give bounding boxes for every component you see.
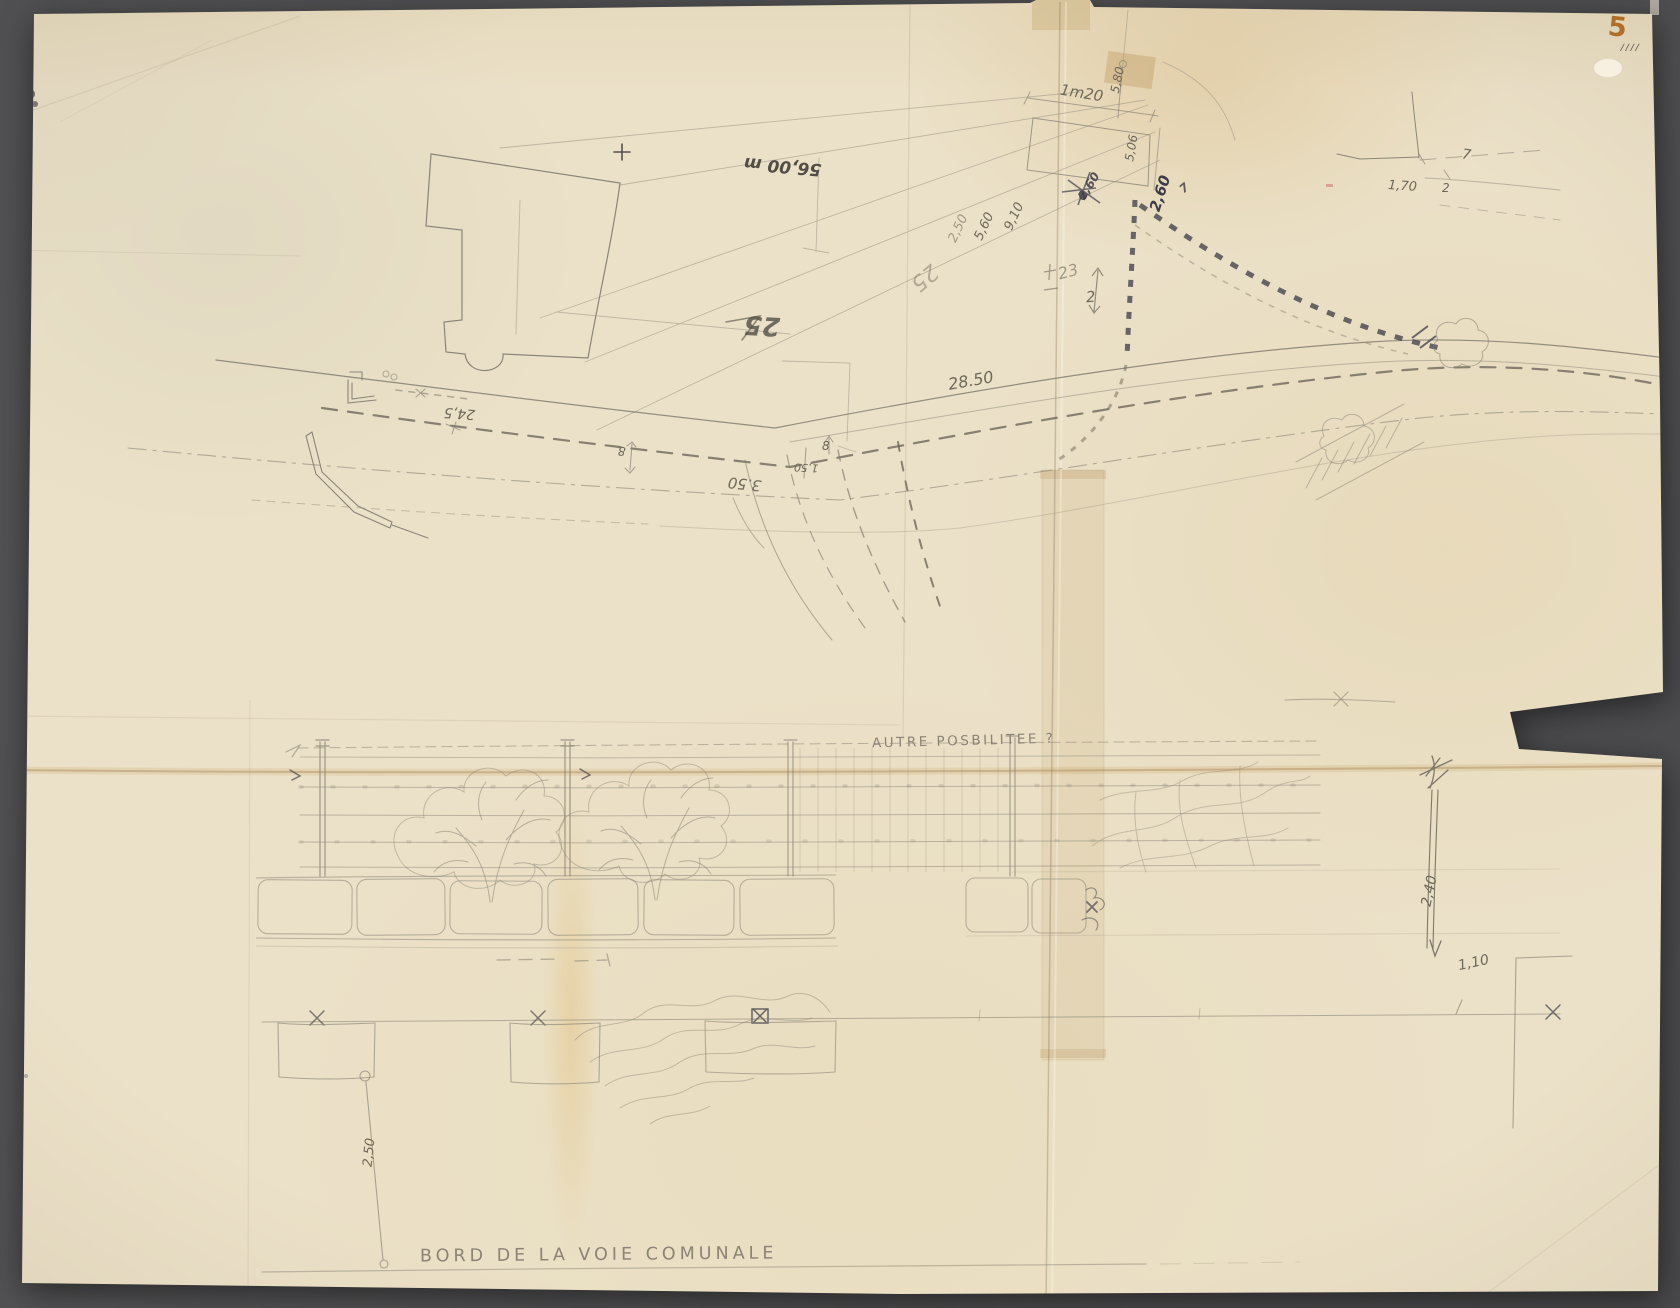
dim-label-250-bl: 2,50 <box>361 1137 377 1167</box>
paper-shadow-wrap: 56,00 m 25 25 28.50 3.50 24,5 8 1,50 8 1… <box>0 0 1680 1308</box>
caption-road-edge: BORD DE LA VOIE COMUNALE <box>420 1245 778 1266</box>
dim-label-170: 1,70 <box>1388 179 1418 194</box>
dim-label-245: 24,5 <box>444 405 476 421</box>
elevation-fence <box>286 736 1320 876</box>
plan-left-details <box>306 316 833 538</box>
elevation-mesh-panel <box>800 748 998 872</box>
fence-post-detail <box>1082 692 1572 1128</box>
elevation-stone-wall <box>256 869 1560 948</box>
planting-plan-strip <box>262 954 1560 1272</box>
plan-roads <box>128 340 1666 532</box>
paper-sheet: 56,00 m 25 25 28.50 3.50 24,5 8 1,50 8 1… <box>0 0 1680 1308</box>
dim-label-7-tr: 7 <box>1461 147 1472 162</box>
page-number: 5 <box>1607 13 1629 42</box>
plan-topright-detail <box>1337 92 1560 220</box>
plan-building <box>426 144 630 371</box>
dim-label-25-plot: 25 <box>743 311 780 339</box>
dim-label-2-arrow: 2 <box>1085 290 1096 306</box>
dim-label-8-left: 8 <box>617 445 626 458</box>
plan-hedge-dashes <box>1044 172 1440 462</box>
photo-backdrop: 56,00 m 25 25 28.50 3.50 24,5 8 1,50 8 1… <box>0 0 1680 1308</box>
folds-and-tape <box>15 0 1666 1306</box>
dim-label-350: 3.50 <box>727 474 762 492</box>
dim-label-150: 1,50 <box>794 461 819 473</box>
sketch-linework <box>0 0 1680 1308</box>
plan-branch-road <box>733 442 942 640</box>
dim-label-2-tr: 2 <box>1442 182 1450 194</box>
dim-label-8-mid: 8 <box>822 440 830 452</box>
